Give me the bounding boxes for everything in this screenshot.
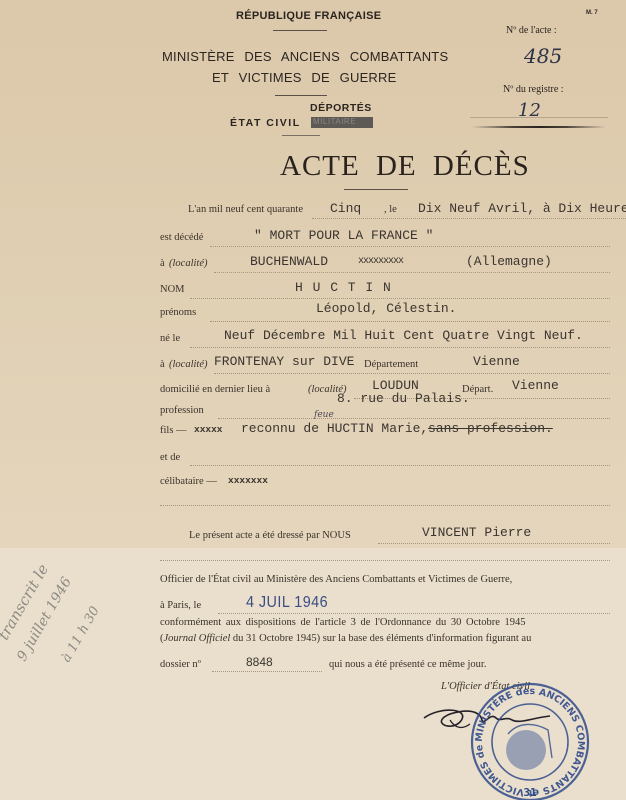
field-line bbox=[210, 246, 610, 247]
republic-heading: RÉPUBLIQUE FRANÇAISE bbox=[236, 10, 381, 22]
departement-value: Vienne bbox=[473, 354, 520, 369]
ministry-stamp: MINISTÈRE des ANCIENS COMBATTANTS et VIC… bbox=[468, 680, 592, 800]
officer-name-value: VINCENT Pierre bbox=[422, 525, 531, 540]
address-value: 8. rue du Palais. bbox=[337, 391, 470, 406]
divider bbox=[273, 30, 327, 31]
fils-value: reconnu de HUCTIN Marie, bbox=[241, 421, 428, 436]
dossier-label: dossier nº bbox=[160, 659, 201, 670]
fils-struck-tail: sans profession. bbox=[428, 421, 553, 436]
field-line bbox=[210, 321, 610, 322]
depart-value: Vienne bbox=[512, 378, 559, 393]
birth-locality-prefix: à bbox=[160, 359, 165, 370]
dossier-value: 8848 bbox=[246, 655, 273, 669]
divider bbox=[275, 95, 327, 96]
paris-label: à Paris, le bbox=[160, 600, 201, 611]
celibataire-label: célibataire — bbox=[160, 476, 217, 487]
field-line bbox=[160, 560, 610, 561]
locality-prefix: à bbox=[160, 258, 165, 269]
domicile-label: domicilié en dernier lieu à bbox=[160, 384, 270, 395]
ministry-line1: MINISTÈRE DES ANCIENS COMBATTANTS bbox=[162, 49, 448, 64]
year-value: Cinq bbox=[330, 201, 361, 216]
acte-number-label: Nº de l'acte : bbox=[506, 25, 557, 36]
dresse-label: Le présent acte a été dressé par NOUS bbox=[189, 530, 351, 541]
etde-label: et de bbox=[160, 452, 180, 463]
ministry-line2: ET VICTIMES DE GUERRE bbox=[212, 70, 396, 85]
form-code: M. 7 bbox=[586, 10, 598, 16]
field-line bbox=[312, 218, 626, 219]
field-line bbox=[160, 505, 610, 506]
officier-text: Officier de l'État civil au Ministère de… bbox=[160, 574, 512, 585]
ornament-divider bbox=[472, 126, 606, 128]
conform-line2: (Journal Officiel du 31 Octobre 1945) su… bbox=[160, 633, 531, 644]
death-locality-value: BUCHENWALD bbox=[250, 254, 328, 269]
journal-officiel: Journal Officiel bbox=[164, 633, 231, 644]
birth-locality-label: (localité) bbox=[169, 359, 207, 370]
fils-struck: xxxxx bbox=[194, 424, 223, 435]
conform-line1: conformément aux dispositions de l'artic… bbox=[160, 617, 526, 628]
divider bbox=[282, 135, 320, 136]
service-over: DÉPORTÉS bbox=[310, 102, 372, 114]
paris-date-stamp: 4 JUIL 1946 bbox=[246, 594, 328, 612]
field-line bbox=[190, 347, 610, 348]
registre-number-label: Nº du registre : bbox=[503, 84, 564, 95]
field-line bbox=[218, 613, 610, 614]
field-line bbox=[212, 671, 322, 672]
deceased-value: " MORT POUR LA FRANCE " bbox=[254, 228, 433, 243]
service-prefix: ÉTAT CIVIL bbox=[230, 117, 301, 129]
prenoms-value: Léopold, Célestin. bbox=[316, 301, 456, 316]
birth-date-value: Neuf Décembre Mil Huit Cent Quatre Vingt… bbox=[224, 328, 583, 343]
nom-label: NOM bbox=[160, 284, 185, 295]
acte-number: 485 bbox=[524, 44, 562, 68]
profession-label: profession bbox=[160, 405, 204, 416]
deceased-label: est décédé bbox=[160, 232, 203, 243]
field-line bbox=[378, 543, 610, 544]
dossier-tail: qui nous a été présenté ce même jour. bbox=[329, 659, 486, 670]
service-struck-text: MILITAIRE bbox=[313, 117, 356, 126]
field-line bbox=[214, 272, 610, 273]
page-title: ACTE DE DÉCÈS bbox=[280, 150, 530, 183]
stamp-number: 31 bbox=[523, 786, 537, 799]
fils-label: fils — bbox=[160, 425, 187, 436]
death-locality-struck: xxxxxxxxx bbox=[358, 256, 403, 267]
birth-locality-value: FRONTENAY sur DIVE bbox=[214, 354, 354, 369]
registre-line bbox=[470, 117, 608, 118]
field-line bbox=[214, 373, 610, 374]
conform-rest: du 31 Octobre 1945) sur la base des élém… bbox=[230, 633, 531, 644]
field-line bbox=[190, 465, 610, 466]
year-label: L'an mil neuf cent quarante bbox=[188, 204, 303, 215]
death-country-value: (Allemagne) bbox=[466, 254, 552, 269]
birth-date-label: né le bbox=[160, 333, 180, 344]
divider bbox=[344, 189, 408, 190]
nom-value: H U C T I N bbox=[295, 280, 392, 295]
departement-label: Département bbox=[364, 359, 418, 370]
le-label: , le bbox=[384, 204, 397, 215]
death-date-value: Dix Neuf Avril, à Dix Heure bbox=[418, 201, 626, 216]
celibataire-struck: xxxxxxx bbox=[228, 475, 268, 486]
field-line bbox=[218, 418, 610, 419]
prenoms-label: prénoms bbox=[160, 307, 196, 318]
locality-label: (localité) bbox=[169, 258, 207, 269]
profession-note: feue bbox=[314, 410, 334, 420]
field-line bbox=[190, 298, 610, 299]
